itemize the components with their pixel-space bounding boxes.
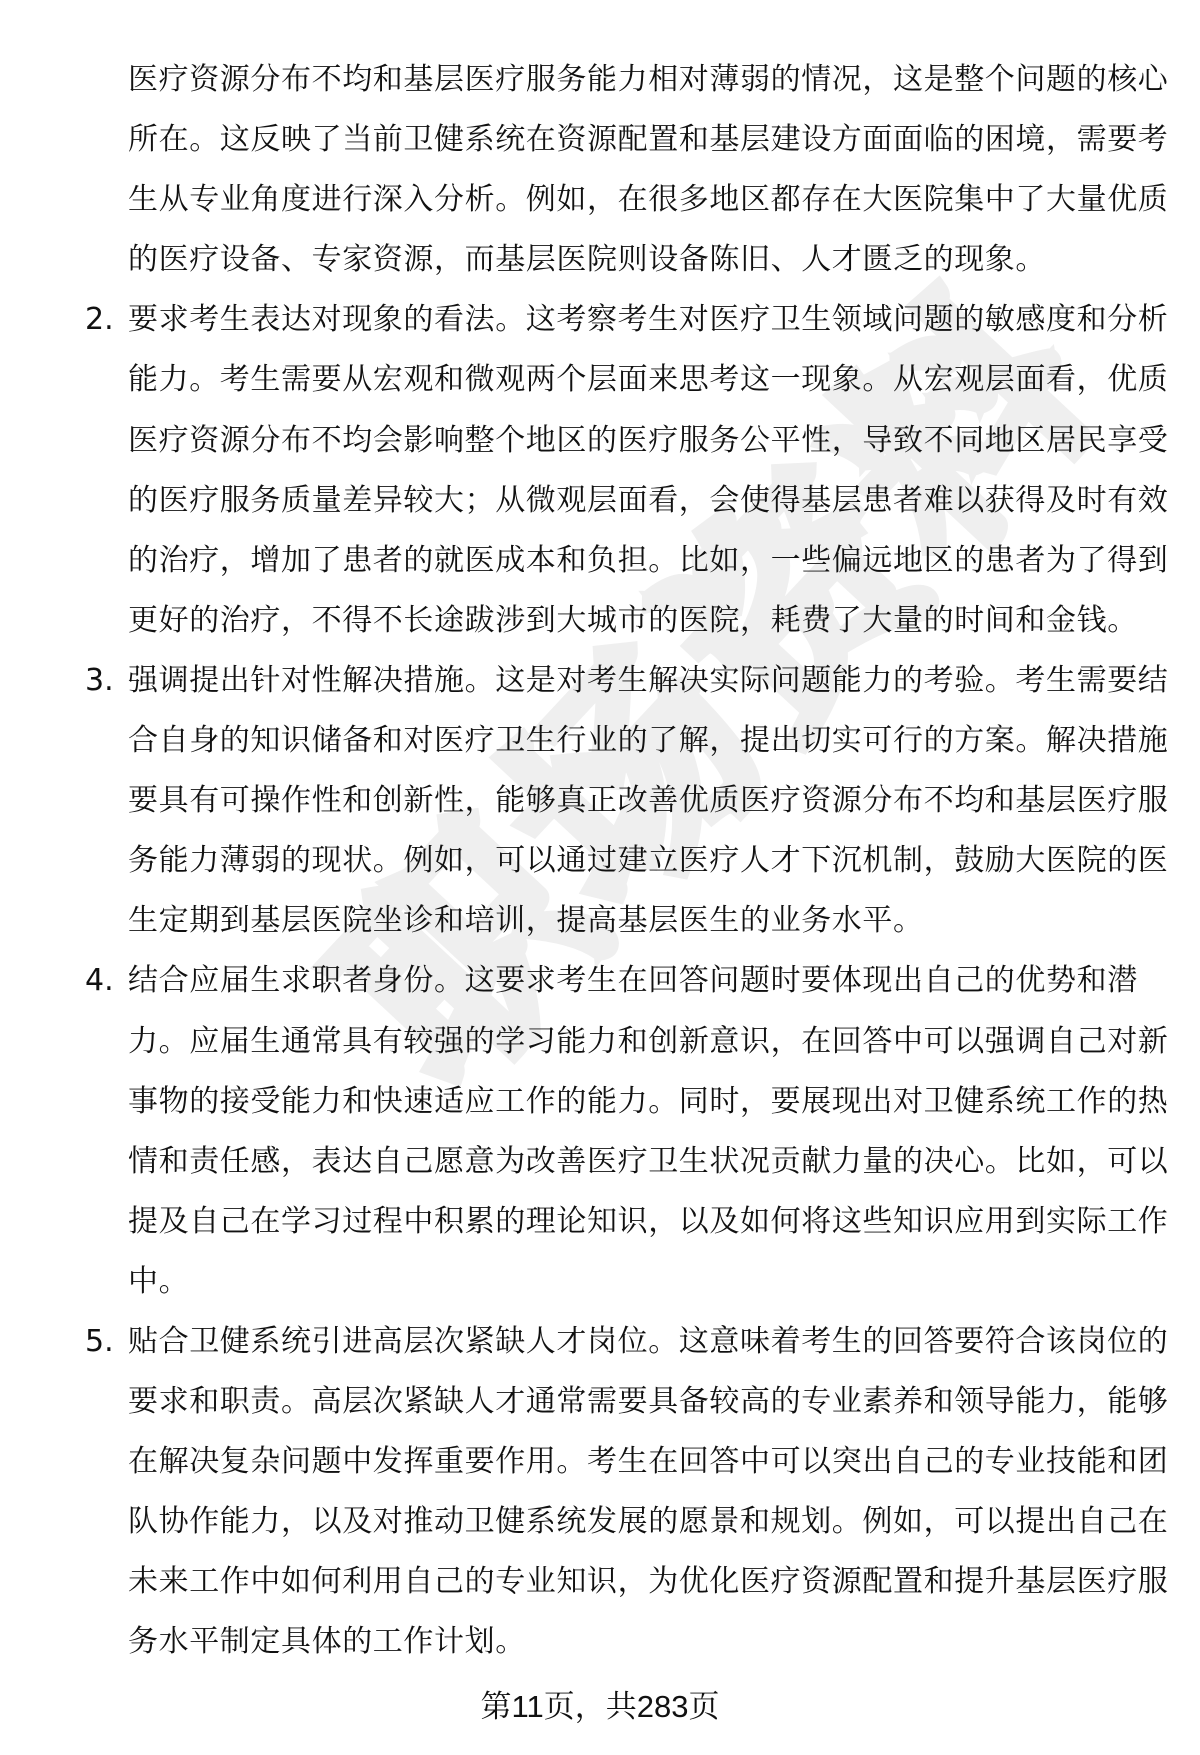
text-line: 务水平制定具体的工作计划。 xyxy=(0,1612,1200,1672)
text-line: 合自身的知识储备和对医疗卫生行业的了解，提出切实可行的方案。解决措施 xyxy=(0,711,1200,771)
text-line: 要具有可操作性和创新性，能够真正改善优质医疗资源分布不均和基层医疗服 xyxy=(0,771,1200,831)
text-line: 的医疗设备、专家资源，而基层医院则设备陈旧、人才匮乏的现象。 xyxy=(0,230,1200,290)
text-line: 务能力薄弱的现状。例如，可以通过建立医疗人才下沉机制，鼓励大医院的医 xyxy=(0,831,1200,891)
document-body: 医疗资源分布不均和基层医疗服务能力相对薄弱的情况，这是整个问题的核心 所在。这反… xyxy=(0,50,1200,1673)
text-line: 3.强调提出针对性解决措施。这是对考生解决实际问题能力的考验。考生需要结 xyxy=(0,651,1200,711)
text-line: 的治疗，增加了患者的就医成本和负担。比如，一些偏远地区的患者为了得到 xyxy=(0,531,1200,591)
text-line: 的医疗服务质量差异较大；从微观层面看，会使得基层患者难以获得及时有效 xyxy=(0,471,1200,531)
list-item-2: 2.要求考生表达对现象的看法。这考察考生对医疗卫生领域问题的敏感度和分析 能力。… xyxy=(0,290,1200,651)
text-line: 5.贴合卫健系统引进高层次紧缺人才岗位。这意味着考生的回答要符合该岗位的 xyxy=(0,1312,1200,1372)
list-item-4: 4.结合应届生求职者身份。这要求考生在回答问题时要体现出自己的优势和潜 力。应届… xyxy=(0,951,1200,1312)
text-line: 在解决复杂问题中发挥重要作用。考生在回答中可以突出自己的专业技能和团 xyxy=(0,1432,1200,1492)
list-number: 4. xyxy=(85,951,114,1011)
text-line: 情和责任感，表达自己愿意为改善医疗卫生状况贡献力量的决心。比如，可以 xyxy=(0,1132,1200,1192)
text-line: 中。 xyxy=(0,1252,1200,1312)
text-line: 更好的治疗，不得不长途跋涉到大城市的医院，耗费了大量的时间和金钱。 xyxy=(0,591,1200,651)
list-number: 5. xyxy=(85,1312,114,1372)
text-line: 事物的接受能力和快速适应工作的能力。同时，要展现出对卫健系统工作的热 xyxy=(0,1072,1200,1132)
text-line: 生从专业角度进行深入分析。例如，在很多地区都存在大医院集中了大量优质 xyxy=(0,170,1200,230)
text-line: 力。应届生通常具有较强的学习能力和创新意识，在回答中可以强调自己对新 xyxy=(0,1012,1200,1072)
list-item-1-continued: 医疗资源分布不均和基层医疗服务能力相对薄弱的情况，这是整个问题的核心 所在。这反… xyxy=(0,50,1200,290)
text-line: 能力。考生需要从宏观和微观两个层面来思考这一现象。从宏观层面看，优质 xyxy=(0,350,1200,410)
text-line: 所在。这反映了当前卫健系统在资源配置和基层建设方面面临的困境，需要考 xyxy=(0,110,1200,170)
page-number-footer: 第11页，共283页 xyxy=(0,1682,1200,1732)
list-item-3: 3.强调提出针对性解决措施。这是对考生解决实际问题能力的考验。考生需要结 合自身… xyxy=(0,651,1200,951)
text-line: 未来工作中如何利用自己的专业知识，为优化医疗资源配置和提升基层医疗服 xyxy=(0,1552,1200,1612)
text-line: 提及自己在学习过程中积累的理论知识，以及如何将这些知识应用到实际工作 xyxy=(0,1192,1200,1252)
text-line: 医疗资源分布不均会影响整个地区的医疗服务公平性，导致不同地区居民享受 xyxy=(0,411,1200,471)
text-line: 队协作能力，以及对推动卫健系统发展的愿景和规划。例如，可以提出自己在 xyxy=(0,1492,1200,1552)
text-line: 要求和职责。高层次紧缺人才通常需要具备较高的专业素养和领导能力，能够 xyxy=(0,1372,1200,1432)
list-item-5: 5.贴合卫健系统引进高层次紧缺人才岗位。这意味着考生的回答要符合该岗位的 要求和… xyxy=(0,1312,1200,1673)
list-number: 3. xyxy=(85,651,114,711)
list-number: 2. xyxy=(85,290,114,350)
text-line: 4.结合应届生求职者身份。这要求考生在回答问题时要体现出自己的优势和潜 xyxy=(0,951,1200,1011)
text-line: 生定期到基层医院坐诊和培训，提高基层医生的业务水平。 xyxy=(0,891,1200,951)
text-line: 2.要求考生表达对现象的看法。这考察考生对医疗卫生领域问题的敏感度和分析 xyxy=(0,290,1200,350)
text-line: 医疗资源分布不均和基层医疗服务能力相对薄弱的情况，这是整个问题的核心 xyxy=(0,50,1200,110)
